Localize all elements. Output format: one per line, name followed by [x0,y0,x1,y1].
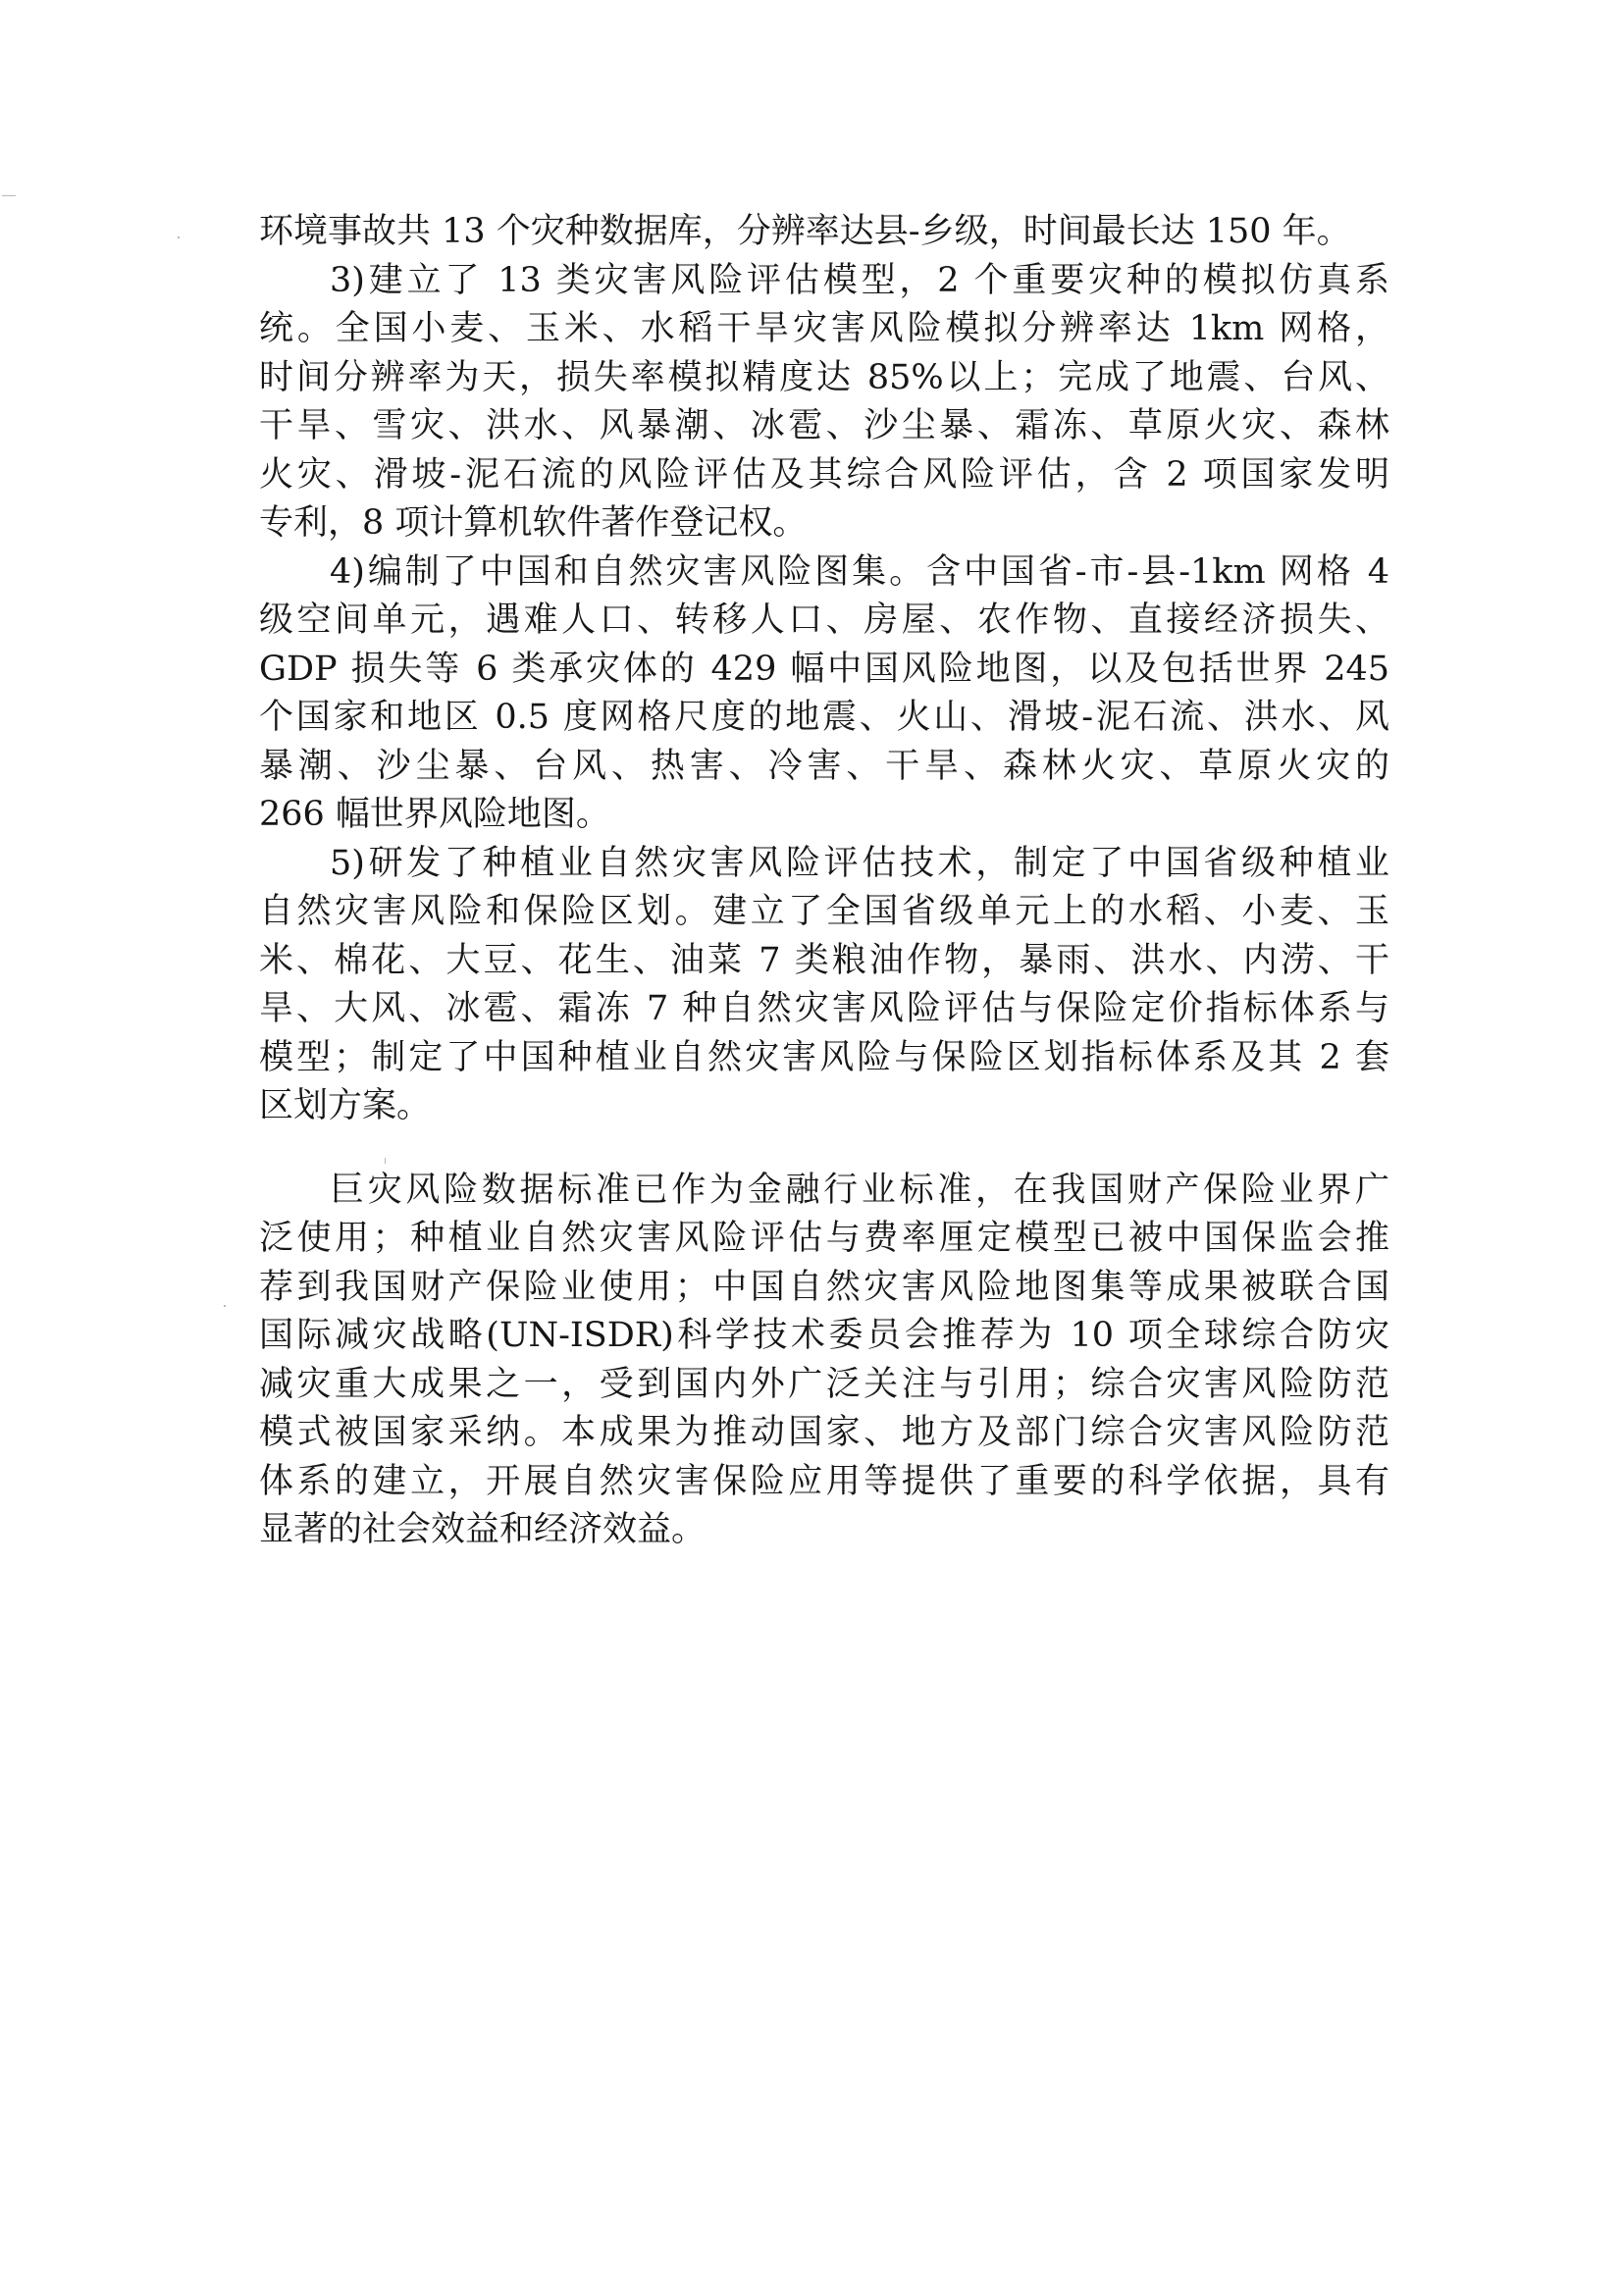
paragraph-item-5: 5)研发了种植业自然灾害风险评估技术，制定了中国省级种植业 自然灾害风险和保险区… [259,840,1389,1131]
text-line: GDP 损失等 6 类承灾体的 429 幅中国风险地图，以及包括世界 245 [259,646,1389,695]
text-line: 级空间单元，遇难人口、转移人口、房屋、农作物、直接经济损失、 [259,597,1389,646]
paragraph-datasets-tail: 环境事故共 13 个灾种数据库，分辨率达县-乡级，时间最长达 150 年。 [259,208,1389,257]
text-line: 5)研发了种植业自然灾害风险评估技术，制定了中国省级种植业 [259,840,1389,889]
text-line: 米、棉花、大豆、花生、油菜 7 类粮油作物，暴雨、洪水、内涝、干 [259,937,1389,986]
text-line: 巨灾风险数据标准已作为金融行业标准，在我国财产保险业界广 [259,1167,1389,1216]
text-line: 干旱、雪灾、洪水、风暴潮、冰雹、沙尘暴、霜冻、草原火灾、森林 [259,402,1389,451]
document-page: 环境事故共 13 个灾种数据库，分辨率达县-乡级，时间最长达 150 年。 3)… [259,208,1389,1555]
paragraph-application: 巨灾风险数据标准已作为金融行业标准，在我国财产保险业界广 泛使用；种植业自然灾害… [259,1167,1389,1555]
text-line: 专利，8 项计算机软件著作登记权。 [259,499,1389,548]
text-line: 荐到我国财产保险业使用；中国自然灾害风险地图集等成果被联合国 [259,1264,1389,1313]
paragraph-item-4: 4)编制了中国和自然灾害风险图集。含中国省-市-县-1km 网格 4 级空间单元… [259,548,1389,840]
text-line: 体系的建立，开展自然灾害保险应用等提供了重要的科学依据，具有 [259,1458,1389,1507]
text-line: 模型；制定了中国种植业自然灾害风险与保险区划指标体系及其 2 套 [259,1034,1389,1083]
text-line: 4)编制了中国和自然灾害风险图集。含中国省-市-县-1km 网格 4 [259,548,1389,598]
scan-speck [178,236,180,238]
text-line: 暴潮、沙尘暴、台风、热害、冷害、干旱、森林火灾、草原火灾的 [259,743,1389,792]
text-line: 个国家和地区 0.5 度网格尺度的地震、火山、滑坡-泥石流、洪水、风 [259,694,1389,743]
text-line: 减灾重大成果之一，受到国内外广泛关注与引用；综合灾害风险防范 [259,1361,1389,1410]
text-line: 模式被国家采纳。本成果为推动国家、地方及部门综合灾害风险防范 [259,1409,1389,1458]
text-line: 旱、大风、冰雹、霜冻 7 种自然灾害风险评估与保险定价指标体系与 [259,985,1389,1034]
text-line: 时间分辨率为天，损失率模拟精度达 85%以上；完成了地震、台风、 [259,354,1389,403]
paragraph-gap [259,1131,1389,1167]
text-line: 自然灾害风险和保险区划。建立了全国省级单元上的水稻、小麦、玉 [259,888,1389,937]
scan-speck [2,195,16,196]
text-line: 环境事故共 13 个灾种数据库，分辨率达县-乡级，时间最长达 150 年。 [259,208,1389,257]
text-line: 泛使用；种植业自然灾害风险评估与费率厘定模型已被中国保监会推 [259,1215,1389,1264]
text-line: 统。全国小麦、玉米、水稻干旱灾害风险模拟分辨率达 1km 网格， [259,305,1389,354]
text-line: 火灾、滑坡-泥石流的风险评估及其综合风险评估，含 2 项国家发明 [259,451,1389,500]
text-line: 区划方案。 [259,1082,1389,1131]
text-line: 显著的社会效益和经济效益。 [259,1506,1389,1555]
paragraph-item-3: 3)建立了 13 类灾害风险评估模型，2 个重要灾种的模拟仿真系 统。全国小麦、… [259,257,1389,548]
scan-speck [224,1305,226,1307]
text-line: 3)建立了 13 类灾害风险评估模型，2 个重要灾种的模拟仿真系 [259,257,1389,306]
text-line: 国际减灾战略(UN-ISDR)科学技术委员会推荐为 10 项全球综合防灾 [259,1312,1389,1361]
text-line: 266 幅世界风险地图。 [259,791,1389,840]
